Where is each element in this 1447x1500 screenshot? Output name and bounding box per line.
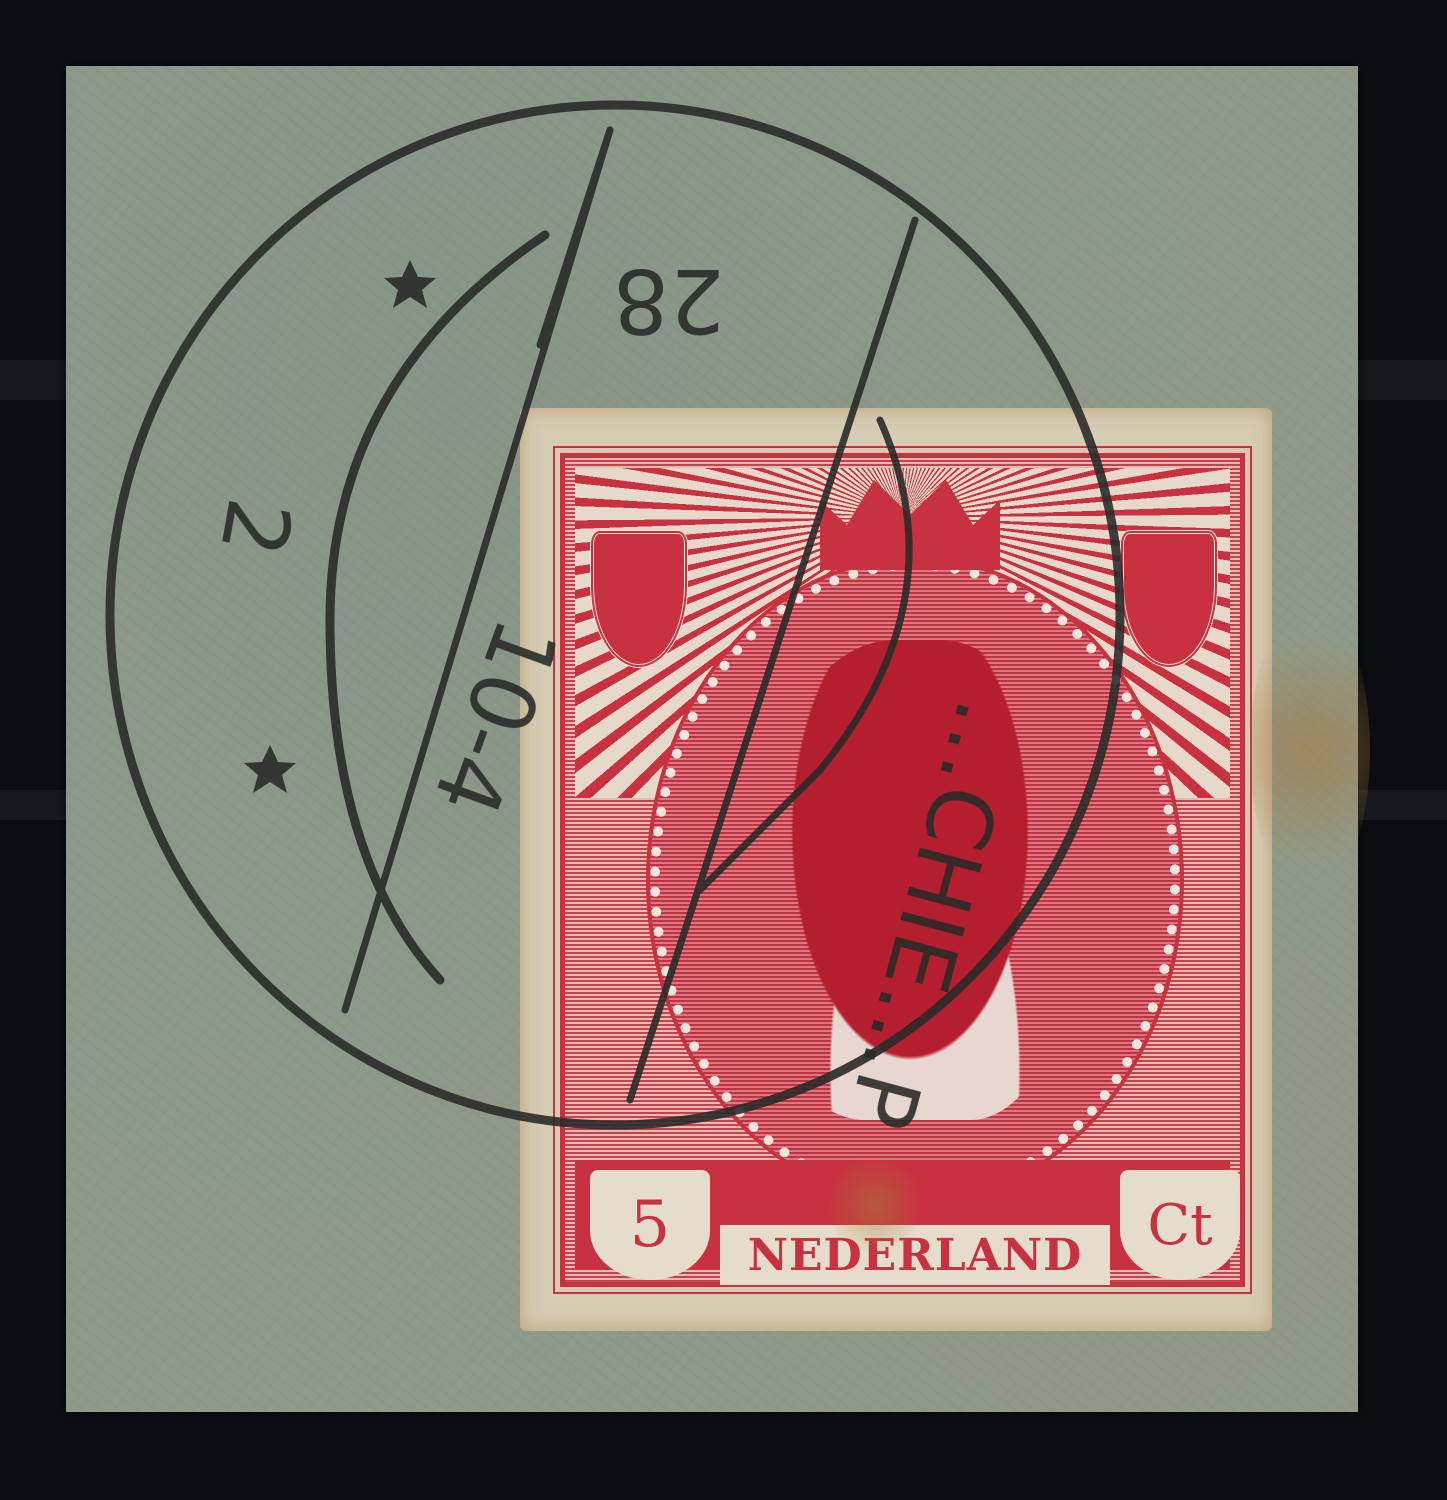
- postmark-date: 28: [613, 249, 725, 352]
- postmark-time: 10-4: [413, 606, 578, 829]
- postmark-numeral: 2: [200, 491, 311, 564]
- postmark: 28 2 10-4 …CHIE…P: [0, 0, 1447, 1500]
- postmark-town: …CHIE…P: [827, 689, 1040, 1139]
